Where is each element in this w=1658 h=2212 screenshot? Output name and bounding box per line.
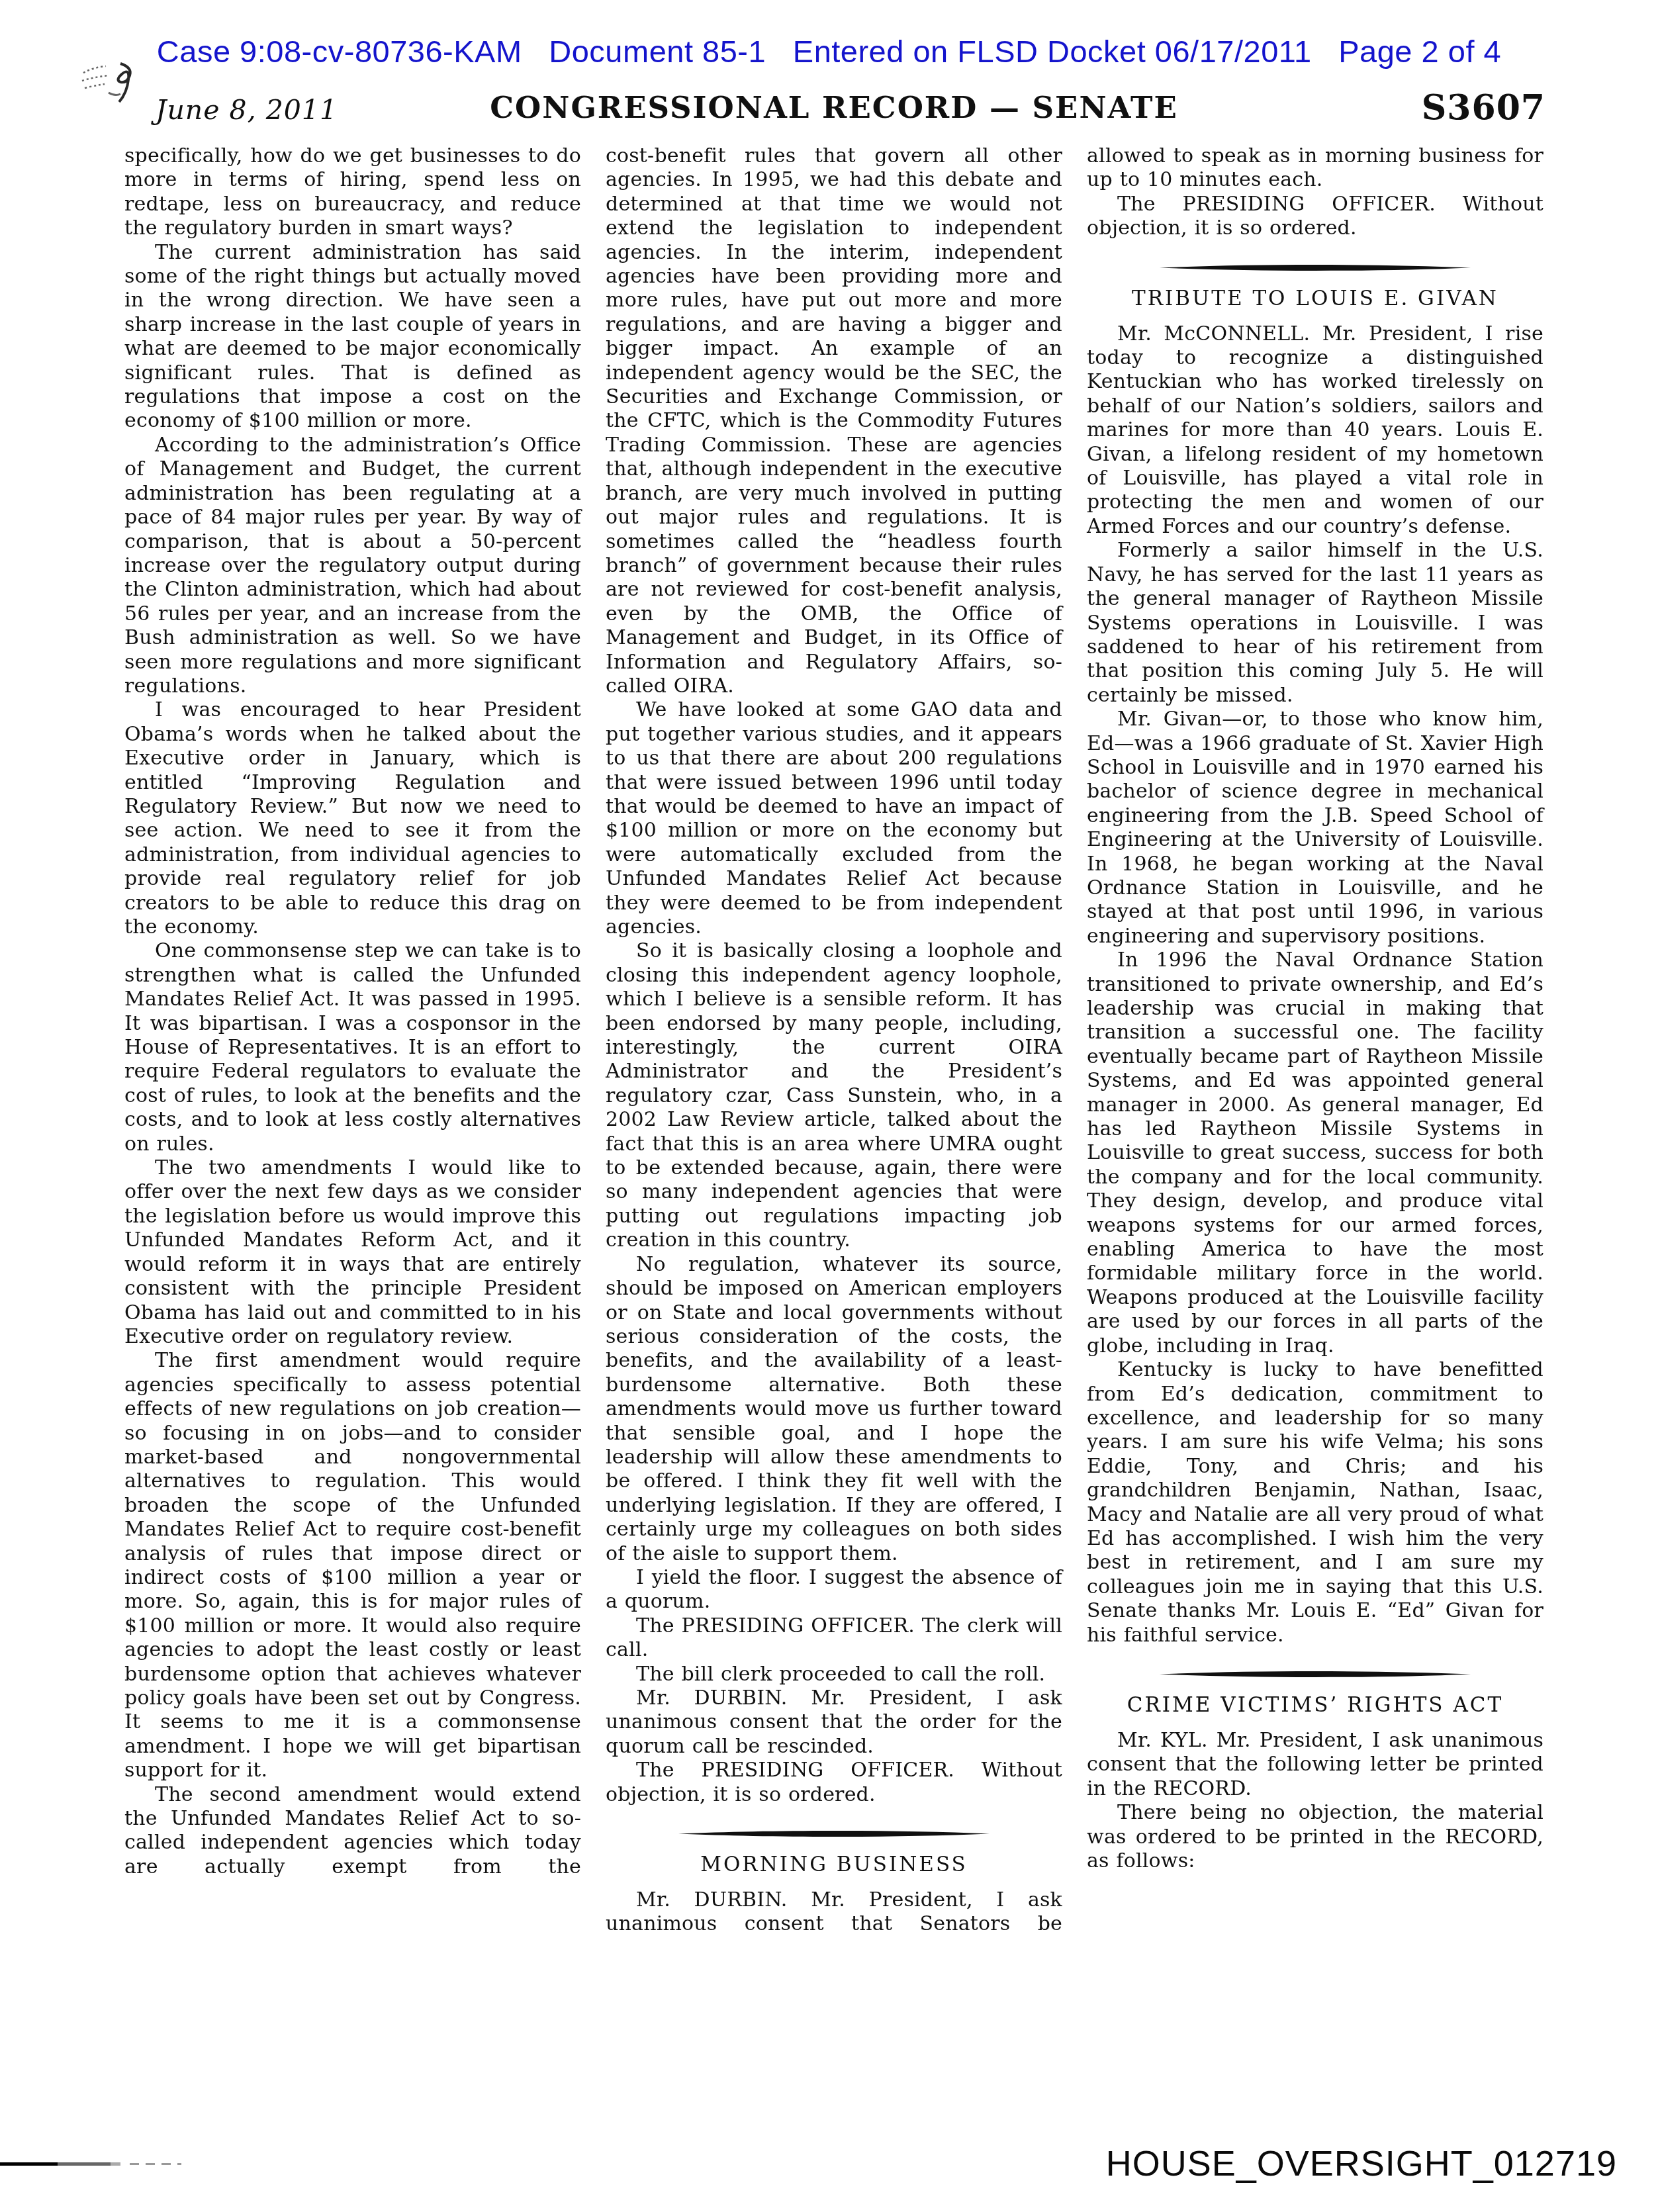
paragraph: The second amendment would extend the Un… [124,1783,581,1880]
paragraph: specifically, how do we get businesses t… [124,144,581,241]
column-left: specifically, how do we get businesses t… [124,144,581,1937]
column-middle: cost-benefit rules that govern all other… [606,144,1062,1937]
divider-rule [1160,1670,1471,1679]
paragraph: The bill clerk proceeded to call the rol… [606,1663,1062,1686]
masthead-title: CONGRESSIONAL RECORD — SENATE [122,90,1545,125]
paragraph: I yield the floor. I suggest the absence… [606,1566,1062,1614]
paragraph: The PRESIDING OFFICER. Without objection… [606,1759,1062,1807]
paragraph: Mr. McCONNELL. Mr. President, I rise tod… [1087,322,1543,539]
scan-artifact-line [0,2162,120,2166]
paragraph: In 1996 the Naval Ordnance Station trans… [1087,948,1543,1358]
paragraph: Formerly a sailor himself in the U.S. Na… [1087,539,1543,708]
paragraph: I was encouraged to hear President Obama… [124,698,581,939]
scan-artifact-dashes [130,2163,181,2165]
section-heading: TRIBUTE TO LOUIS E. GIVAN [1087,285,1543,312]
paragraph: cost-benefit rules that govern all other… [606,144,1062,698]
paragraph: The two amendments I would like to offer… [124,1156,581,1349]
paragraph: Mr. DURBIN. Mr. President, I ask unanimo… [606,1888,1062,1937]
paragraph: According to the administration’s Office… [124,434,581,698]
paragraph: No regulation, whatever its source, shou… [606,1253,1062,1566]
paragraph: The current administration has said some… [124,241,581,434]
section-divider [606,1827,1062,1839]
paragraph: One commonsense step we can take is to s… [124,939,581,1156]
paragraph: Mr. Givan—or, to those who know him, Ed—… [1087,708,1543,948]
section-divider [1087,261,1543,273]
paragraph: Kentucky is lucky to have benefitted fro… [1087,1358,1543,1647]
masthead-page-number: S3607 [1422,87,1545,128]
congressional-record-page: Case 9:08-cv-80736-KAM Document 85-1 Ent… [0,0,1658,2212]
paragraph: allowed to speak as in morning business … [1087,144,1543,193]
section-divider [1087,1667,1543,1680]
masthead: June 8, 2011 CONGRESSIONAL RECORD — SENA… [122,90,1545,132]
court-filing-stamp: Case 9:08-cv-80736-KAM Document 85-1 Ent… [0,34,1658,69]
paragraph: The first amendment would require agenci… [124,1349,581,1782]
paragraph: Mr. KYL. Mr. President, I ask unanimous … [1087,1729,1543,1801]
divider-rule [678,1829,990,1838]
text-columns: specifically, how do we get businesses t… [124,144,1544,1937]
paragraph: The PRESIDING OFFICER. Without objection… [1087,193,1543,241]
paragraph: We have looked at some GAO data and put … [606,698,1062,939]
paragraph: There being no objection, the material w… [1087,1801,1543,1873]
bates-number: HOUSE_OVERSIGHT_012719 [1106,2143,1617,2184]
paragraph: The PRESIDING OFFICER. The clerk will ca… [606,1614,1062,1663]
section-heading: CRIME VICTIMS’ RIGHTS ACT [1087,1692,1543,1718]
paragraph: Mr. DURBIN. Mr. President, I ask unanimo… [606,1686,1062,1759]
column-right: allowed to speak as in morning business … [1087,144,1543,1937]
paragraph: So it is basically closing a loophole an… [606,939,1062,1252]
section-heading: MORNING BUSINESS [606,1851,1062,1878]
divider-rule [1160,263,1471,272]
